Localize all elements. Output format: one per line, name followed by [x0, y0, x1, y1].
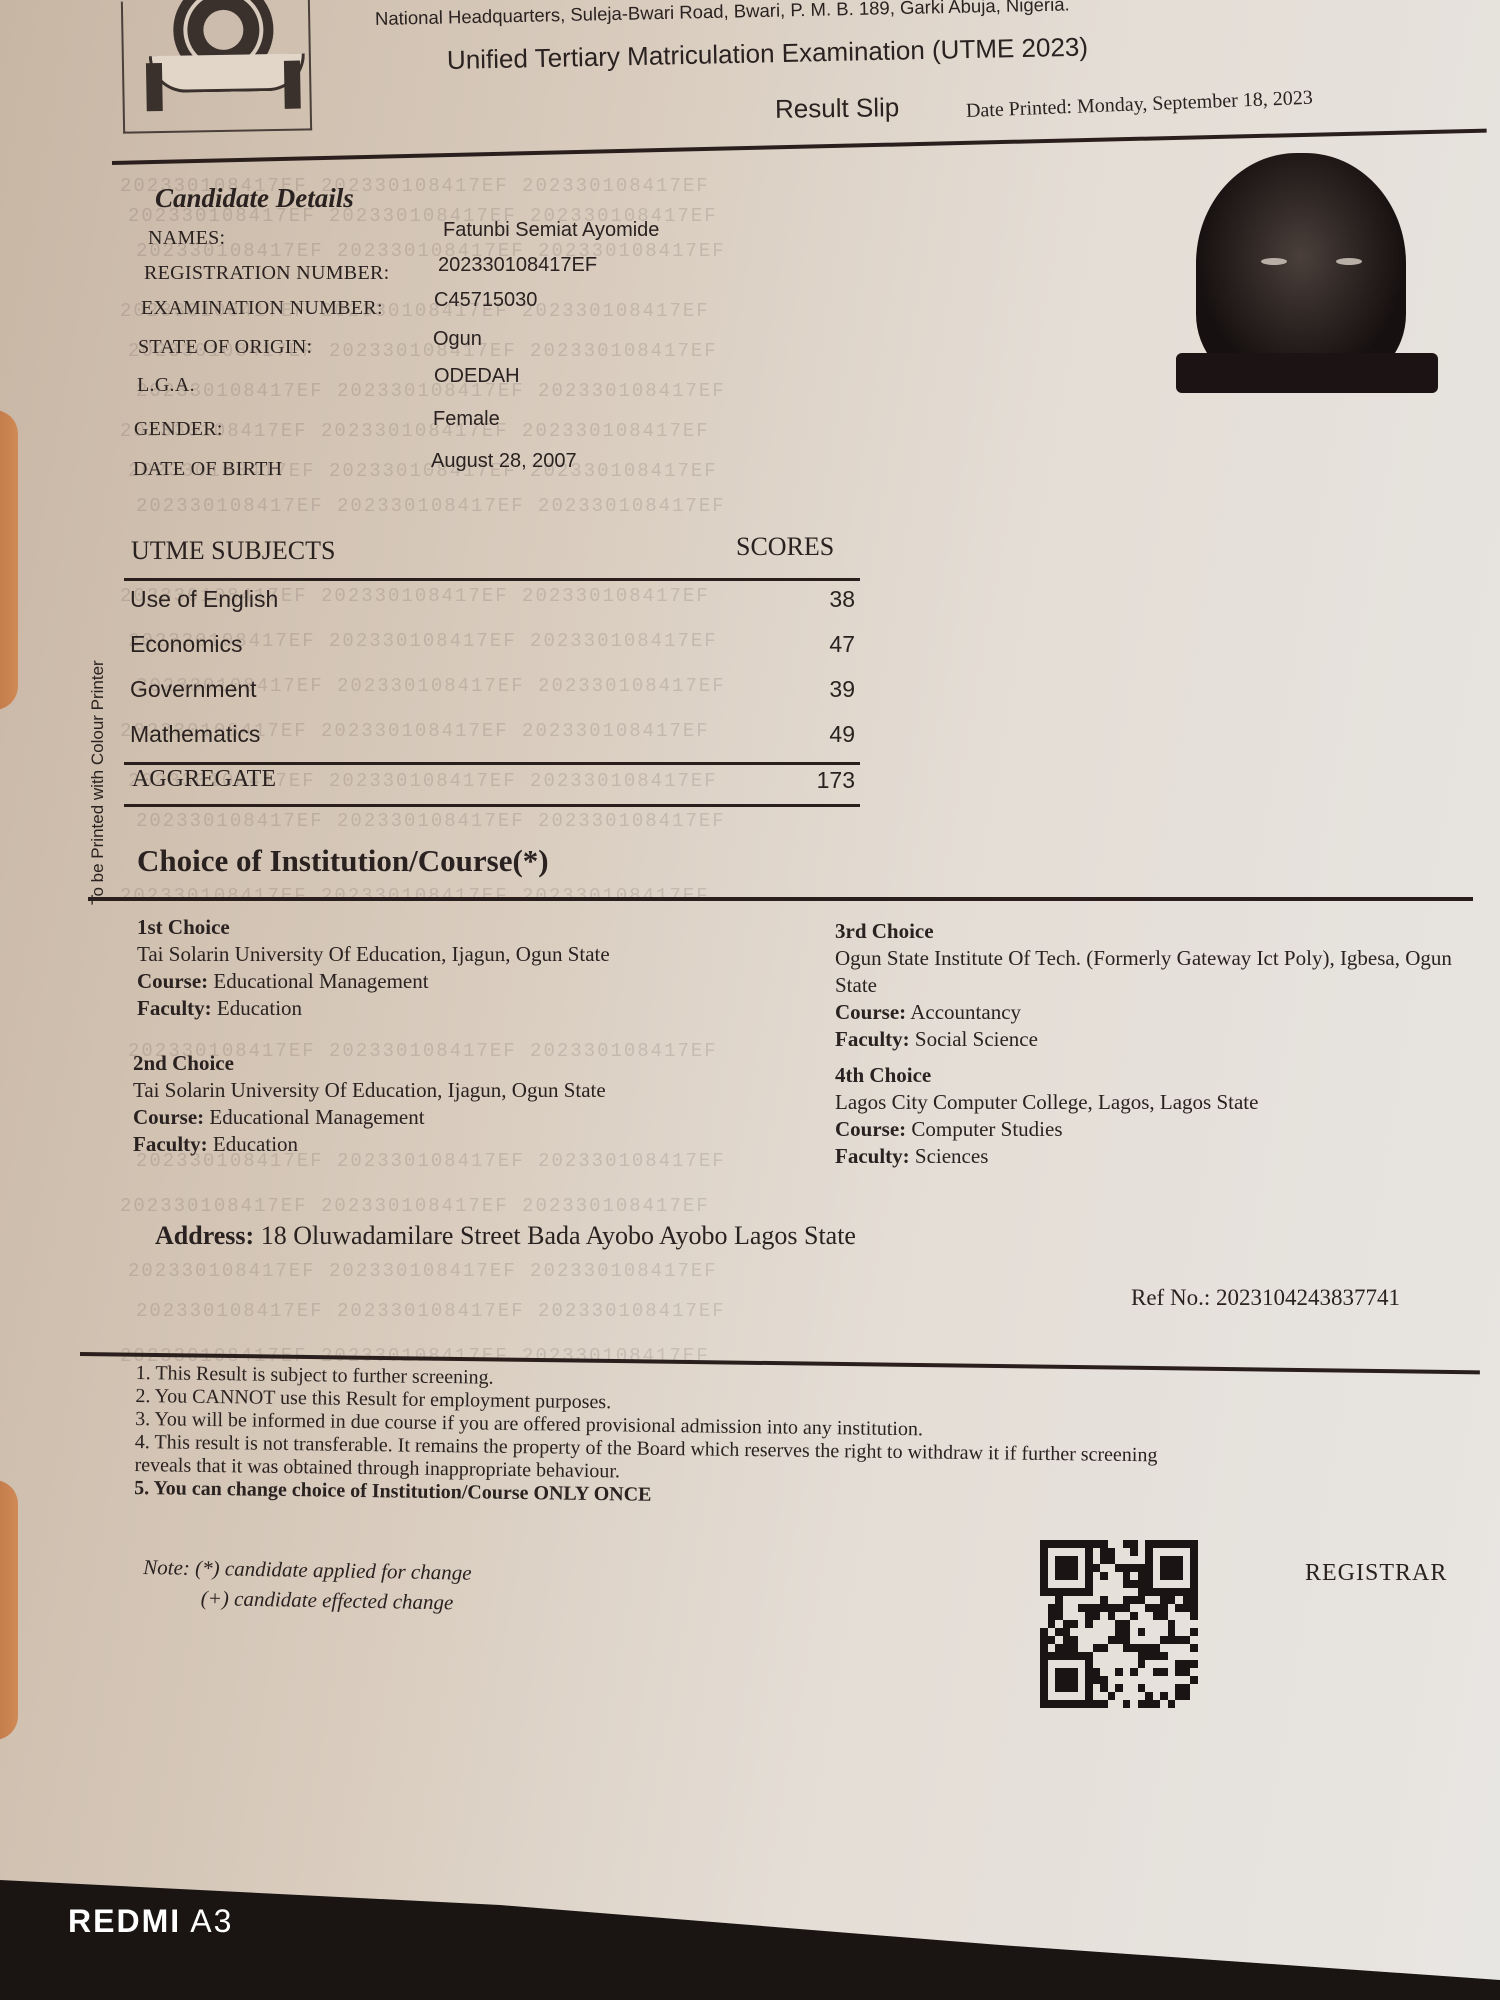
subject-name: Economics: [130, 631, 242, 658]
notes-list: 1. This Result is subject to further scr…: [134, 1362, 1158, 1513]
registrar-label: REGISTRAR: [1305, 1560, 1447, 1587]
choice-faculty: Faculty: Education: [137, 995, 737, 1022]
subjects-header: UTME SUBJECTS: [131, 536, 335, 566]
choice-title: 2nd Choice: [133, 1050, 733, 1077]
choice-institution: Ogun State Institute Of Tech. (Formerly …: [835, 945, 1475, 999]
finger: [0, 1480, 18, 1740]
detail-value: August 28, 2007: [431, 450, 577, 473]
subject-score: 49: [775, 721, 855, 748]
scores-top-rule: [124, 578, 860, 581]
detail-label: L.G.A.: [137, 374, 195, 397]
detail-value: ODEDAH: [434, 365, 520, 388]
aggregate-value: 173: [775, 767, 855, 794]
subject-name: Mathematics: [130, 721, 260, 748]
watermark-text: 202330108417EF 202330108417EF 2023301084…: [136, 380, 726, 402]
detail-value: Ogun: [433, 328, 482, 351]
finger: [0, 410, 18, 710]
detail-label: REGISTRATION NUMBER:: [144, 262, 389, 285]
watermark-text: 202330108417EF 202330108417EF 2023301084…: [136, 495, 726, 517]
choice-faculty: Faculty: Sciences: [835, 1143, 1475, 1170]
watermark-text: 202330108417EF 202330108417EF 2023301084…: [136, 1300, 726, 1322]
candidate-address: Address: 18 Oluwadamilare Street Bada Ay…: [155, 1221, 856, 1251]
watermark-text: 202330108417EF 202330108417EF 2023301084…: [128, 1260, 718, 1282]
choice-course: Course: Educational Management: [133, 1104, 733, 1131]
candidate-details-title: Candidate Details: [155, 183, 354, 214]
slip-title: Result Slip: [775, 92, 900, 125]
detail-label: DATE OF BIRTH: [133, 458, 282, 481]
aggregate-bottom-rule: [124, 804, 860, 807]
watermark-text: 202330108417EF 202330108417EF 2023301084…: [120, 885, 710, 907]
choice-rule: [88, 897, 1473, 901]
subject-score: 39: [775, 676, 855, 703]
subject-name: Use of English: [130, 586, 278, 613]
choice-block: 2nd ChoiceTai Solarin University Of Educ…: [133, 1050, 733, 1158]
choice-block: 4th ChoiceLagos City Computer College, L…: [835, 1062, 1475, 1170]
jamb-logo: [121, 0, 312, 134]
choice-institution: Tai Solarin University Of Education, Ija…: [137, 941, 737, 968]
choice-course: Course: Educational Management: [137, 968, 737, 995]
choice-title: 4th Choice: [835, 1062, 1475, 1089]
aggregate-rule: [124, 762, 860, 765]
choice-block: 3rd ChoiceOgun State Institute Of Tech. …: [835, 918, 1475, 1053]
choice-institution: Tai Solarin University Of Education, Ija…: [133, 1077, 733, 1104]
subject-score: 38: [775, 586, 855, 613]
detail-value: 202330108417EF: [438, 254, 597, 277]
scores-header: SCORES: [736, 532, 834, 562]
side-note: To be Printed with Colour Printer: [88, 660, 108, 905]
choice-title: 3rd Choice: [835, 918, 1475, 945]
candidate-photo: [1176, 148, 1438, 400]
choice-faculty: Faculty: Social Science: [835, 1026, 1475, 1053]
detail-value: Fatunbi Semiat Ayomide: [443, 219, 659, 242]
detail-value: C45715030: [434, 289, 537, 312]
detail-label: GENDER:: [134, 418, 223, 441]
qr-code[interactable]: [1040, 1540, 1198, 1708]
detail-label: STATE OF ORIGIN:: [138, 336, 312, 359]
choice-block: 1st ChoiceTai Solarin University Of Educ…: [137, 914, 737, 1022]
detail-value: Female: [433, 408, 500, 431]
camera-watermark: REDMI A3: [68, 1903, 233, 1940]
footnote: Note: (*) candidate applied for change (…: [142, 1552, 471, 1618]
aggregate-label: AGGREGATE: [132, 766, 276, 793]
watermark-text: 202330108417EF 202330108417EF 2023301084…: [136, 810, 726, 832]
choice-title: 1st Choice: [137, 914, 737, 941]
choice-section-title: Choice of Institution/Course(*): [137, 843, 549, 879]
ribbon-icon: [149, 53, 306, 93]
choice-course: Course: Computer Studies: [835, 1116, 1475, 1143]
detail-label: NAMES:: [148, 227, 225, 250]
subject-score: 47: [775, 631, 855, 658]
choice-faculty: Faculty: Education: [133, 1131, 733, 1158]
detail-label: EXAMINATION NUMBER:: [141, 297, 383, 320]
subject-name: Government: [130, 676, 257, 703]
reference-number: Ref No.: 2023104243837741: [1131, 1285, 1400, 1311]
choice-institution: Lagos City Computer College, Lagos, Lago…: [835, 1089, 1475, 1116]
watermark-text: 202330108417EF 202330108417EF 2023301084…: [120, 1195, 710, 1217]
choice-course: Course: Accountancy: [835, 999, 1475, 1026]
